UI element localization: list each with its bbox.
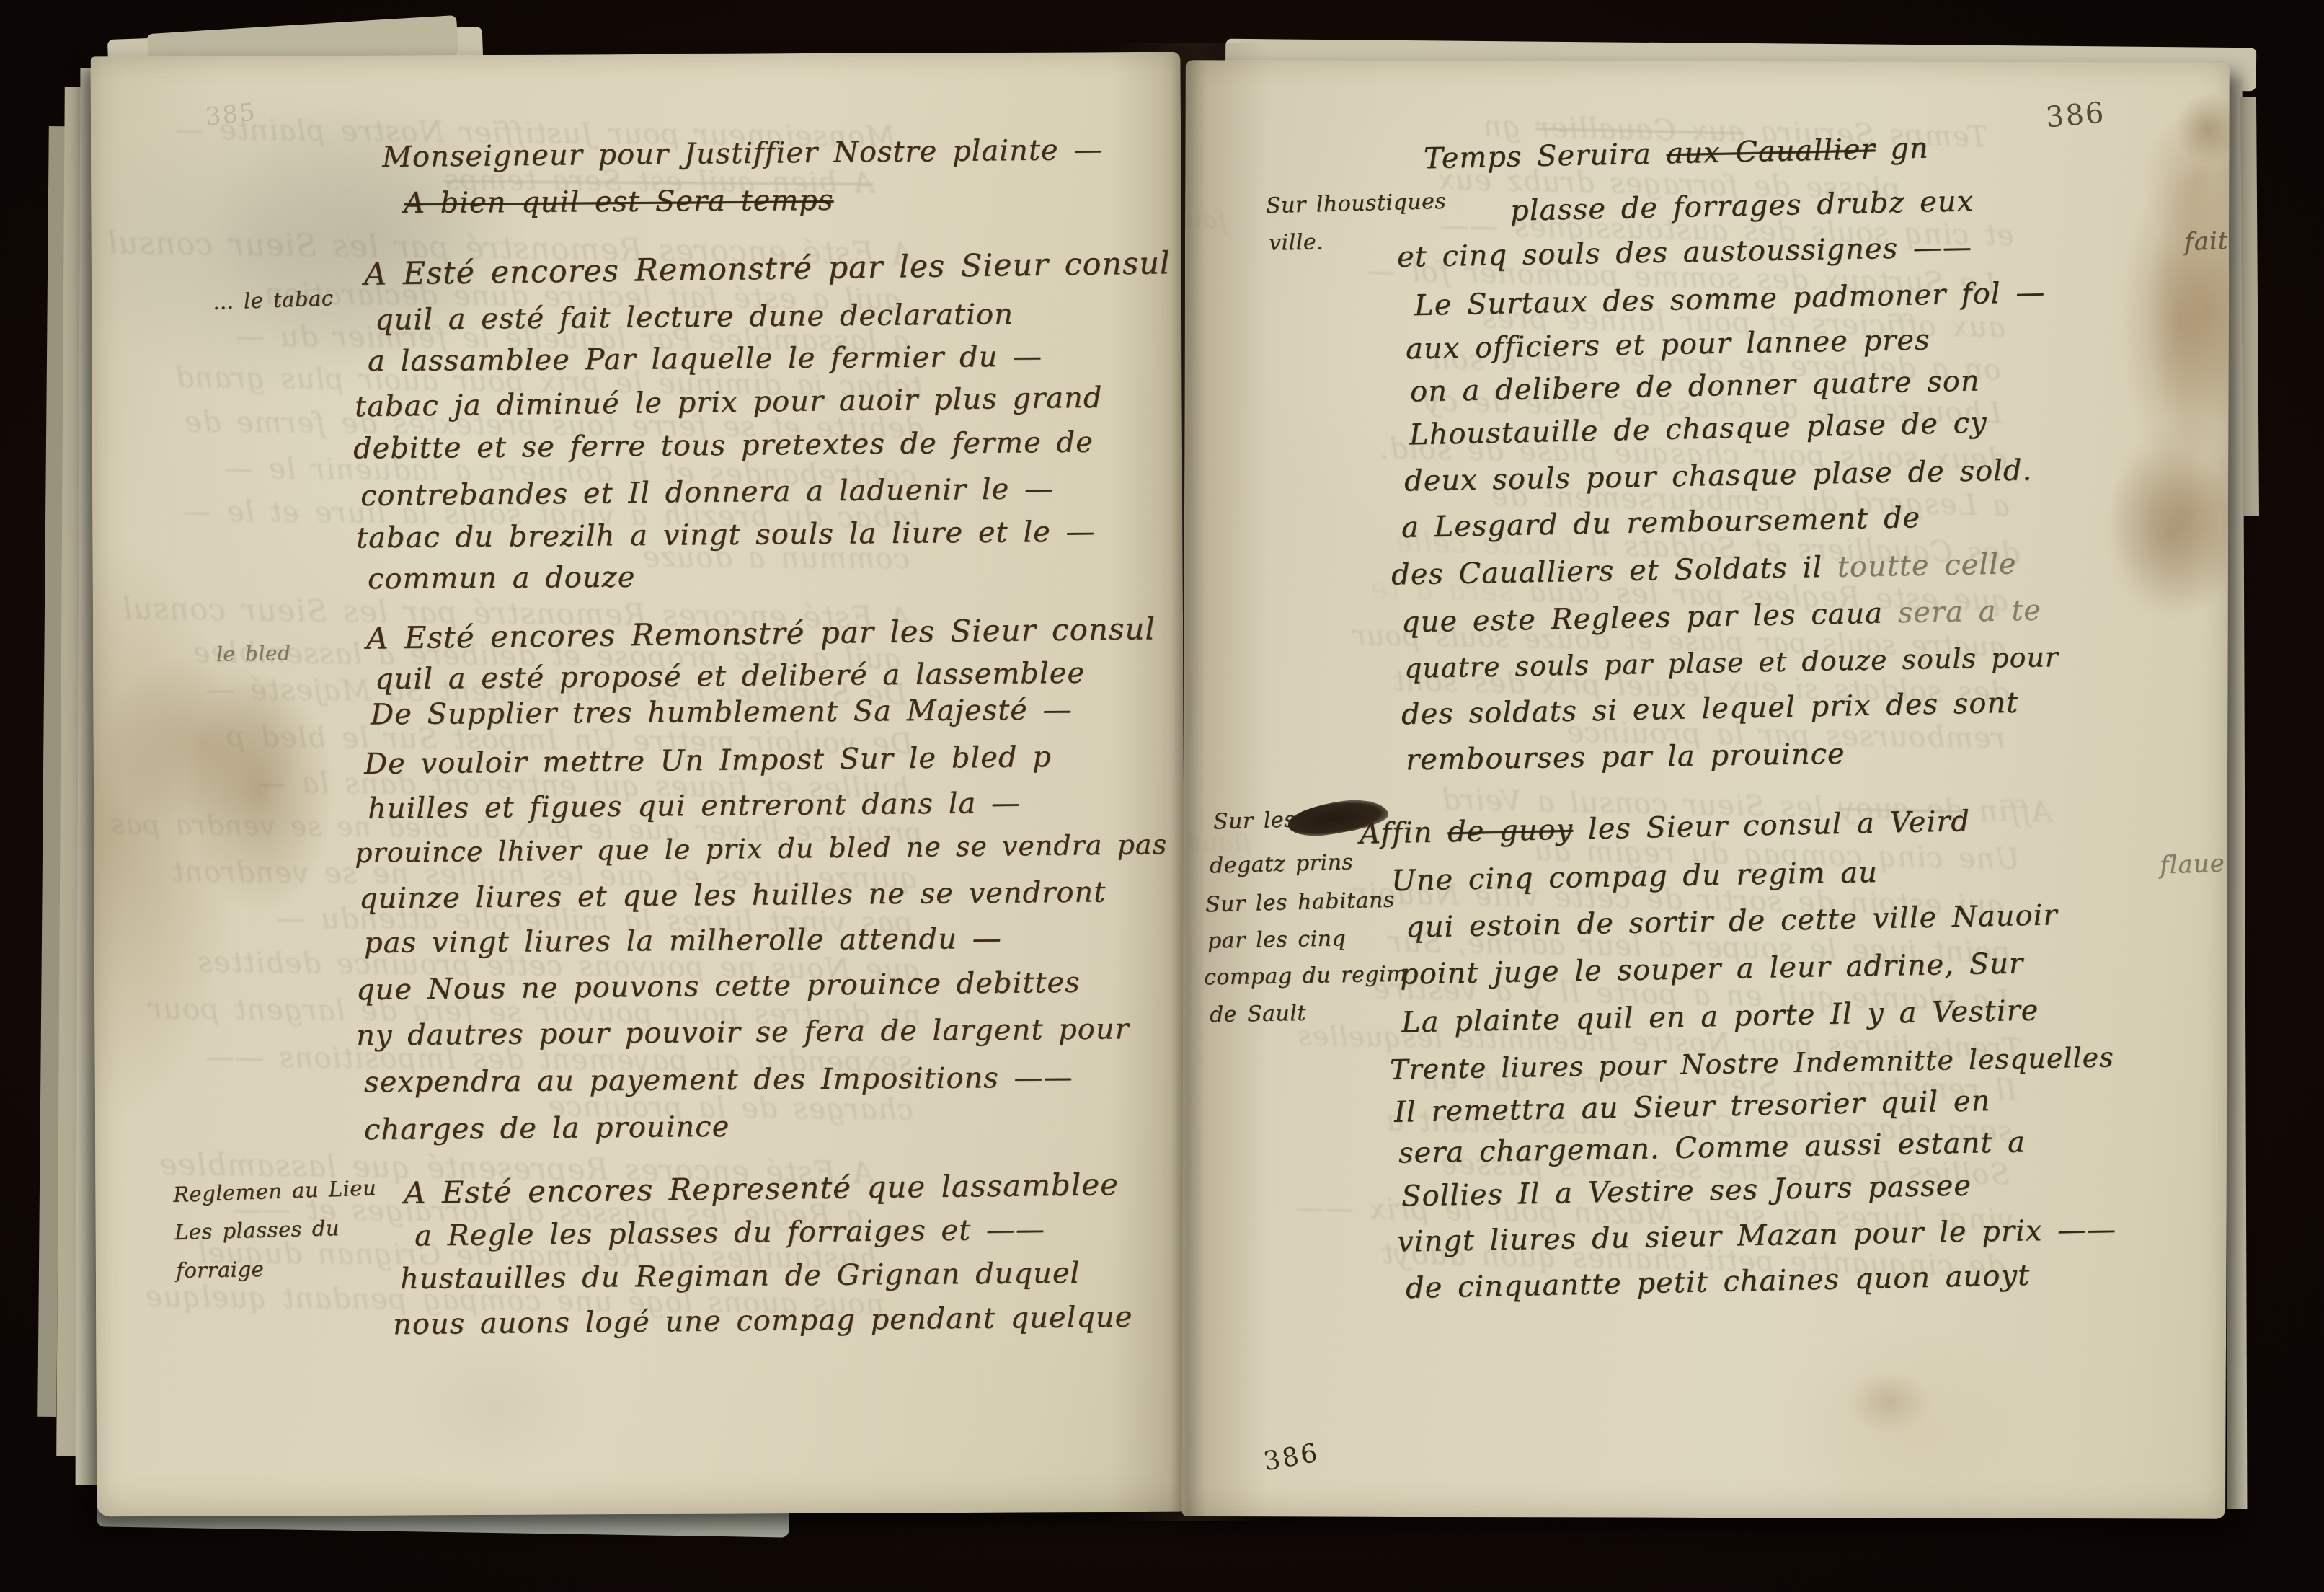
manuscript-page-right	[1181, 60, 2229, 1519]
page-edge-stack-right-2	[2240, 97, 2259, 516]
manuscript-scan: Monseigneur pour Justiffier Nostre plain…	[0, 0, 2324, 1592]
manuscript-page-left	[91, 52, 1187, 1517]
